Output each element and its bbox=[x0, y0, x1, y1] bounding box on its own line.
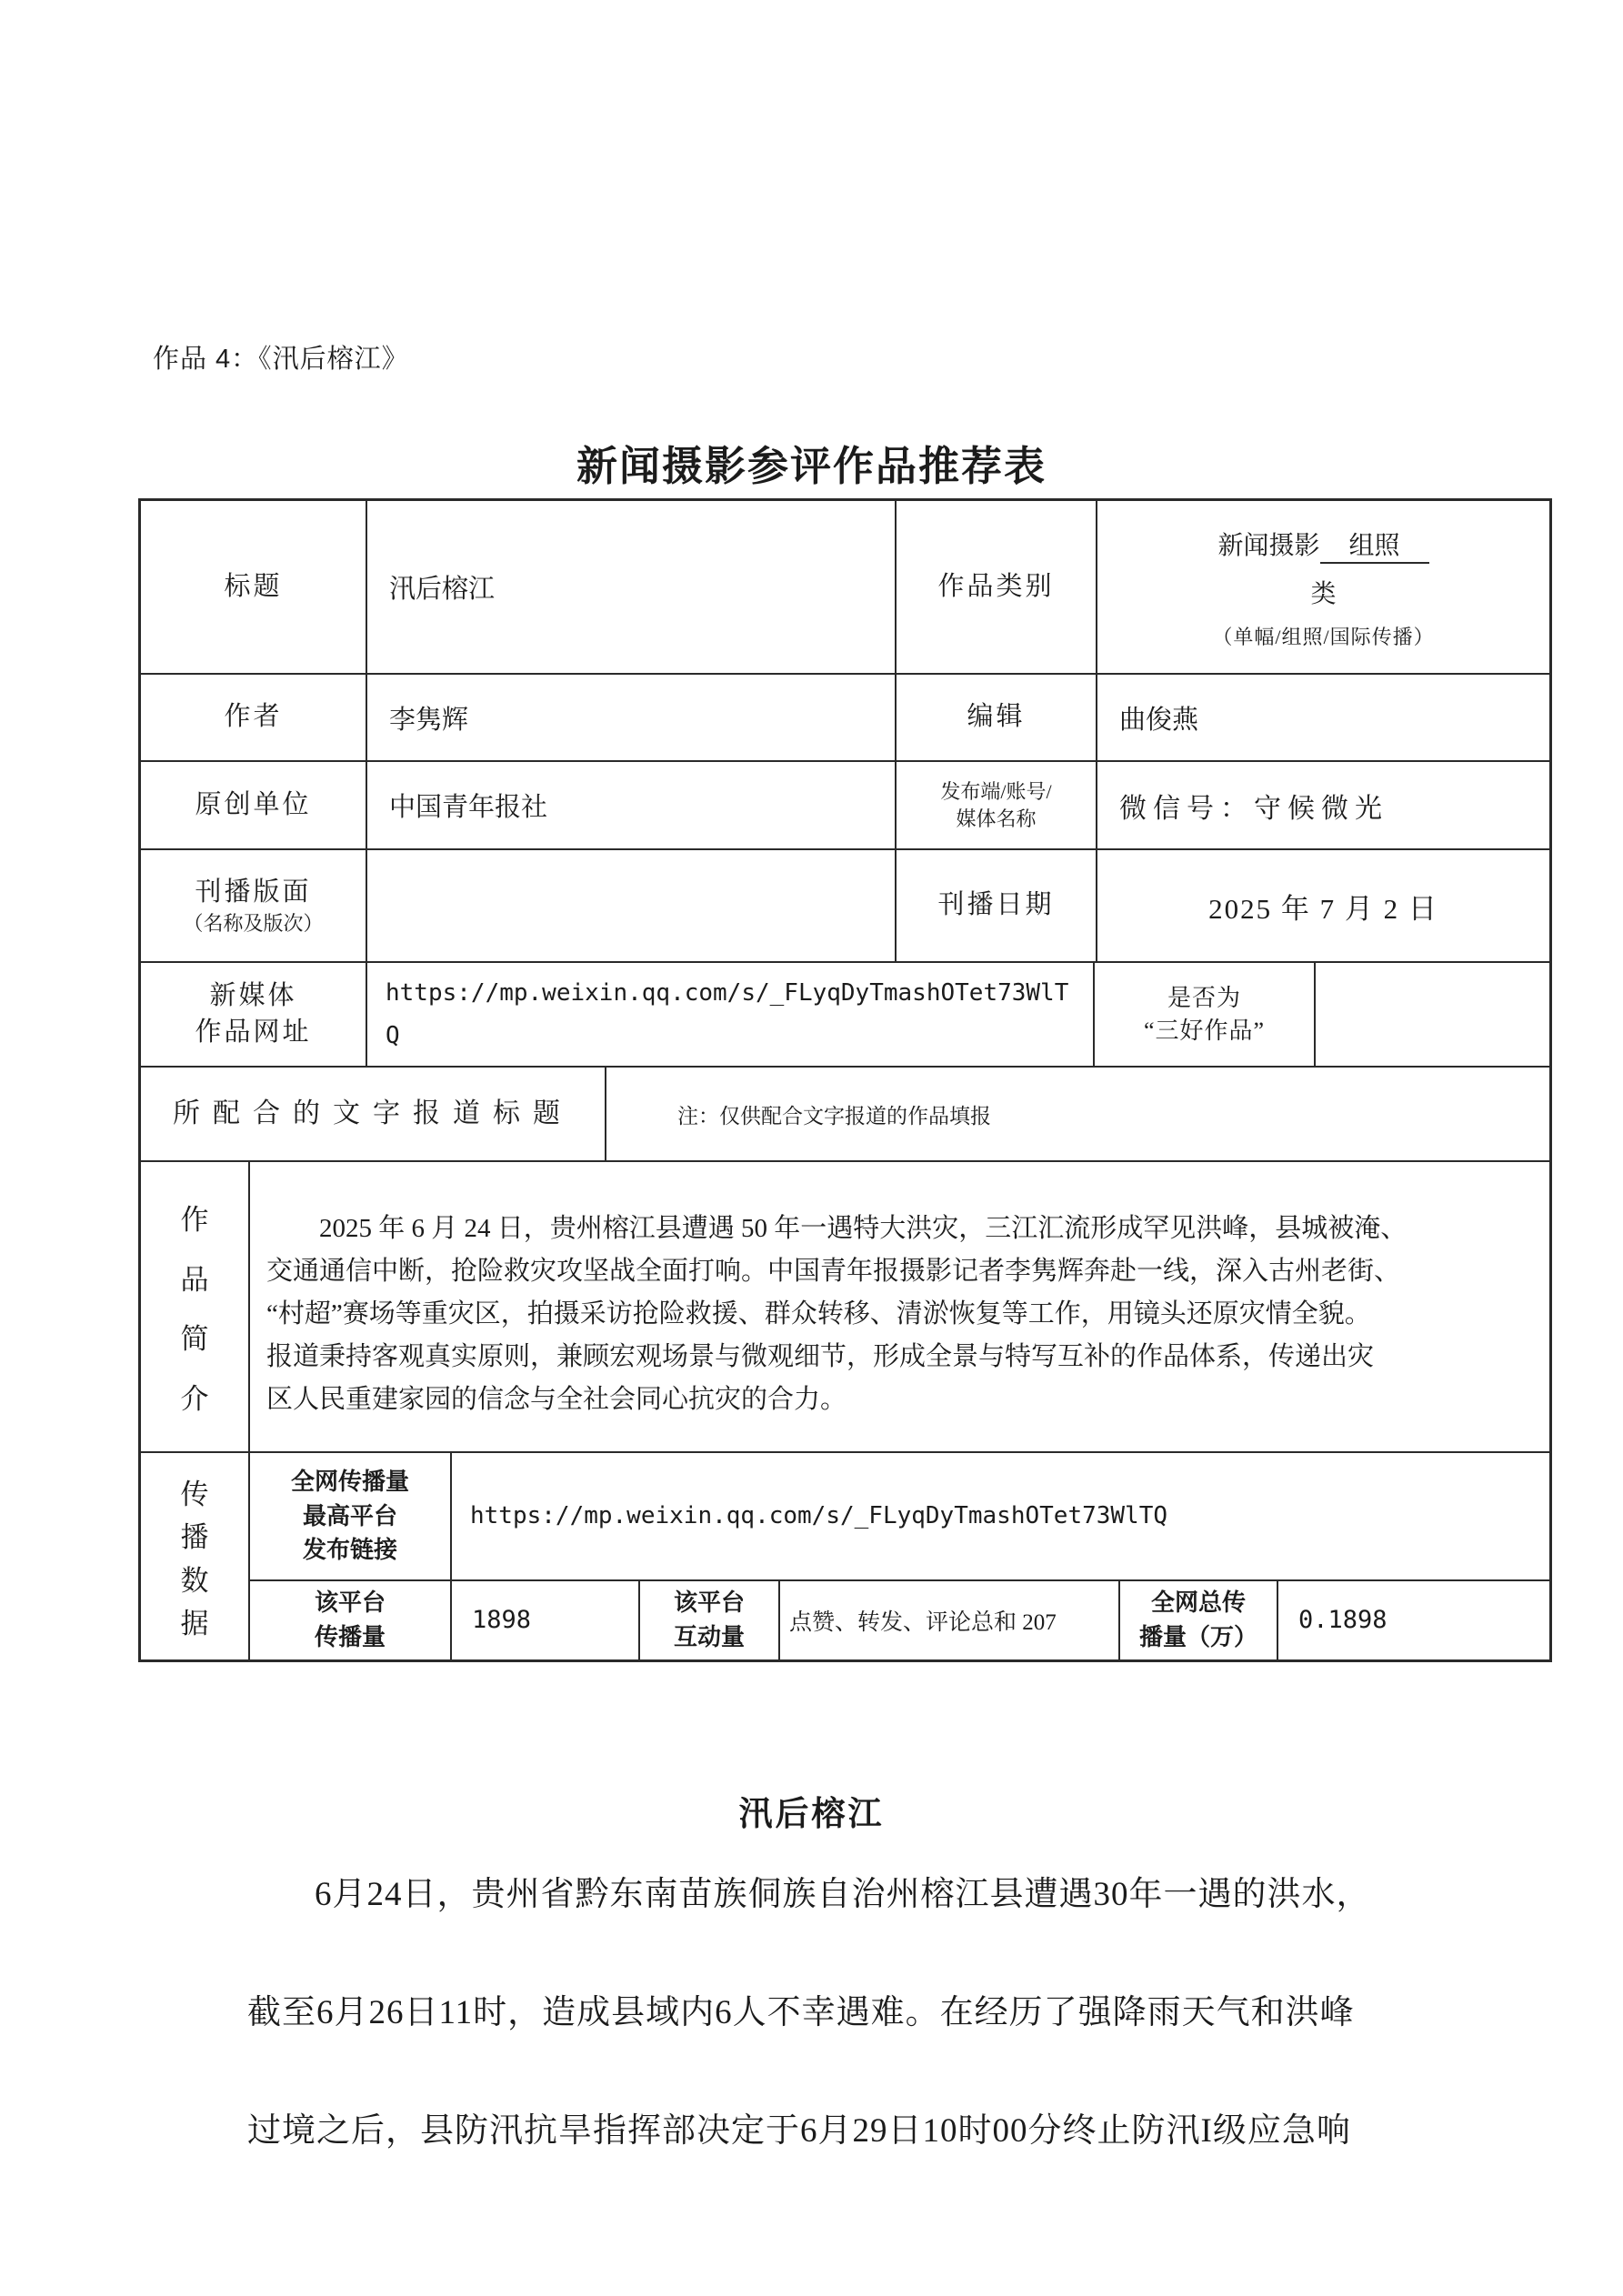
new-media-url-label: 新媒体 作品网址 bbox=[141, 963, 367, 1066]
publish-layout-value bbox=[367, 850, 897, 961]
three-good-label-line1: 是否为 bbox=[1167, 982, 1241, 1014]
three-good-value bbox=[1316, 963, 1549, 1066]
spread-label-char4: 据 bbox=[181, 1600, 209, 1641]
row-text-report: 所配合的文字报道标题 注：仅供配合文字报道的作品填报 bbox=[141, 1068, 1549, 1162]
platform-volume-label-line1: 该平台 bbox=[315, 1586, 386, 1620]
category-line-2: 类 bbox=[1310, 570, 1336, 618]
row-layout-date: 刊播版面 （名称及版次） 刊播日期 2025 年 7 月 2 日 bbox=[141, 850, 1549, 963]
spread-subtable: 全网传播量 最高平台 发布链接 https://mp.weixin.qq.com… bbox=[250, 1453, 1549, 1659]
summary-label-char1: 作 bbox=[181, 1197, 209, 1238]
spread-label-char2: 播 bbox=[181, 1514, 209, 1555]
platform-interaction-label: 该平台 互动量 bbox=[640, 1581, 780, 1659]
title-label: 标题 bbox=[141, 501, 367, 673]
publish-account-label: 发布端/账号/ 媒体名称 bbox=[897, 762, 1097, 848]
category-options: （单幅/组照/国际传播） bbox=[1212, 624, 1434, 652]
summary-line: 2025 年 6 月 24 日，贵州榕江县遭遇 50 年一遇特大洪灾，三江汇流形… bbox=[266, 1208, 1511, 1250]
publish-layout-label-line2: （名称及版次） bbox=[183, 910, 323, 937]
new-media-url-label-line1: 新媒体 bbox=[209, 978, 296, 1014]
summary-text: 2025 年 6 月 24 日，贵州榕江县遭遇 50 年一遇特大洪灾，三江汇流形… bbox=[250, 1162, 1549, 1451]
publish-date-value: 2025 年 7 月 2 日 bbox=[1097, 850, 1549, 961]
title-value: 汛后榕江 bbox=[367, 501, 897, 673]
article-line: 6月24日，贵州省黔东南苗族侗族自治州榕江县遭遇30年一遇的洪水， bbox=[247, 1866, 1515, 1915]
platform-volume-number: 1898 bbox=[472, 1599, 531, 1643]
platform-interaction-value: 点赞、转发、评论总和 207 bbox=[780, 1581, 1120, 1659]
platform-interaction-label-line1: 该平台 bbox=[674, 1586, 745, 1620]
work-number-label: 作品 4：《汛后榕江》 bbox=[153, 338, 409, 376]
summary-label-char4: 介 bbox=[181, 1376, 209, 1417]
origin-org-value: 中国青年报社 bbox=[367, 762, 897, 848]
row-author-editor: 作者 李隽辉 编辑 曲俊燕 bbox=[141, 675, 1549, 762]
spread-label: 传 播 数 据 bbox=[141, 1453, 250, 1659]
total-volume-label-line2: 播量（万） bbox=[1139, 1620, 1257, 1655]
row-url-threegood: 新媒体 作品网址 https://mp.weixin.qq.com/s/_FLy… bbox=[141, 963, 1549, 1068]
publish-account-label-line2: 媒体名称 bbox=[956, 806, 1036, 833]
publish-account-label-line1: 发布端/账号/ bbox=[940, 778, 1051, 806]
author-value: 李隽辉 bbox=[367, 675, 897, 760]
platform-volume-label: 该平台 传播量 bbox=[250, 1581, 452, 1659]
platform-volume-value: 1898 bbox=[452, 1581, 640, 1659]
publish-account-value: 微信号：守候微光 bbox=[1097, 762, 1549, 848]
summary-line: 区人民重建家园的信念与全社会同心抗灾的合力。 bbox=[266, 1379, 1511, 1421]
total-volume-number: 0.1898 bbox=[1298, 1599, 1388, 1643]
new-media-url-value-cell: https://mp.weixin.qq.com/s/_FLyqDyTmashO… bbox=[367, 963, 1095, 1066]
spread-link-value: https://mp.weixin.qq.com/s/_FLyqDyTmashO… bbox=[470, 1495, 1167, 1538]
editor-value: 曲俊燕 bbox=[1097, 675, 1549, 760]
three-good-label-line2: “三好作品” bbox=[1144, 1015, 1265, 1047]
spread-label-char3: 数 bbox=[181, 1558, 209, 1599]
origin-org-label: 原创单位 bbox=[141, 762, 367, 848]
category-label: 作品类别 bbox=[897, 501, 1097, 673]
summary-line: 交通通信中断，抢险救灾攻坚战全面打响。中国青年报摄影记者李隽辉奔赴一线，深入古州… bbox=[266, 1250, 1511, 1293]
row-spread-data: 传 播 数 据 全网传播量 最高平台 发布链接 https://mp.weixi… bbox=[141, 1453, 1549, 1659]
spread-label-char1: 传 bbox=[181, 1471, 209, 1512]
recommendation-form-table: 标题 汛后榕江 作品类别 新闻摄影组照 类 （单幅/组照/国际传播） 作者 李隽… bbox=[138, 498, 1552, 1662]
spread-link-label-line3: 发布链接 bbox=[303, 1533, 397, 1568]
publish-layout-label: 刊播版面 （名称及版次） bbox=[141, 850, 367, 961]
row-summary: 作 品 简 介 2025 年 6 月 24 日，贵州榕江县遭遇 50 年一遇特大… bbox=[141, 1162, 1549, 1453]
spread-stats-row: 该平台 传播量 1898 该平台 互动量 点赞、转发、评论总和 207 全网总传… bbox=[250, 1581, 1549, 1659]
spread-link-row: 全网传播量 最高平台 发布链接 https://mp.weixin.qq.com… bbox=[250, 1453, 1549, 1581]
spread-link-label-line1: 全网传播量 bbox=[291, 1465, 409, 1499]
text-report-note: 注：仅供配合文字报道的作品填报 bbox=[606, 1068, 1549, 1160]
spread-link-label-line2: 最高平台 bbox=[303, 1499, 397, 1534]
total-volume-label: 全网总传 播量（万） bbox=[1120, 1581, 1278, 1659]
form-title: 新闻摄影参评作品推荐表 bbox=[0, 433, 1623, 492]
category-selected: 组照 bbox=[1320, 532, 1429, 564]
new-media-url-value: https://mp.weixin.qq.com/s/_FLyqDyTmashO… bbox=[386, 972, 1082, 1058]
article-line: 过境之后，县防汛抗旱指挥部决定于6月29日10时00分终止防汛I级应急响 bbox=[247, 2102, 1448, 2151]
publish-layout-label-line1: 刊播版面 bbox=[195, 875, 311, 910]
category-line-1: 新闻摄影组照 bbox=[1217, 522, 1428, 570]
summary-line: “村超”赛场等重灾区，拍摄采访抢险救援、群众转移、清淤恢复等工作，用镜头还原灾情… bbox=[266, 1293, 1511, 1336]
article-title: 汛后榕江 bbox=[0, 1786, 1623, 1835]
author-label: 作者 bbox=[141, 675, 367, 760]
new-media-url-label-line2: 作品网址 bbox=[195, 1015, 311, 1050]
spread-link-value-cell: https://mp.weixin.qq.com/s/_FLyqDyTmashO… bbox=[452, 1453, 1549, 1579]
platform-interaction-label-line2: 互动量 bbox=[674, 1620, 745, 1655]
summary-label: 作 品 简 介 bbox=[141, 1162, 250, 1451]
spread-link-label: 全网传播量 最高平台 发布链接 bbox=[250, 1453, 452, 1579]
row-title-category: 标题 汛后榕江 作品类别 新闻摄影组照 类 （单幅/组照/国际传播） bbox=[141, 501, 1549, 675]
publish-date-label: 刊播日期 bbox=[897, 850, 1097, 961]
summary-line: 报道秉持客观真实原则，兼顾宏观场景与微观细节，形成全景与特写互补的作品体系，传递… bbox=[266, 1336, 1511, 1379]
summary-label-char3: 简 bbox=[181, 1316, 209, 1357]
row-org-account: 原创单位 中国青年报社 发布端/账号/ 媒体名称 微信号：守候微光 bbox=[141, 762, 1549, 850]
platform-volume-label-line2: 传播量 bbox=[315, 1620, 386, 1655]
category-value-cell: 新闻摄影组照 类 （单幅/组照/国际传播） bbox=[1097, 501, 1549, 673]
category-prefix: 新闻摄影 bbox=[1217, 532, 1319, 560]
total-volume-label-line1: 全网总传 bbox=[1151, 1586, 1246, 1620]
three-good-label: 是否为 “三好作品” bbox=[1095, 963, 1316, 1066]
editor-label: 编辑 bbox=[897, 675, 1097, 760]
text-report-label: 所配合的文字报道标题 bbox=[141, 1068, 606, 1160]
total-volume-value: 0.1898 bbox=[1278, 1581, 1549, 1659]
document-page: { "page": { "work_label": "作品 4：《汛后榕江》",… bbox=[0, 0, 1623, 2296]
summary-label-char2: 品 bbox=[181, 1257, 209, 1298]
article-line: 截至6月26日11时，造成县域内6人不幸遇难。在经历了强降雨天气和洪峰 bbox=[247, 1984, 1448, 2033]
